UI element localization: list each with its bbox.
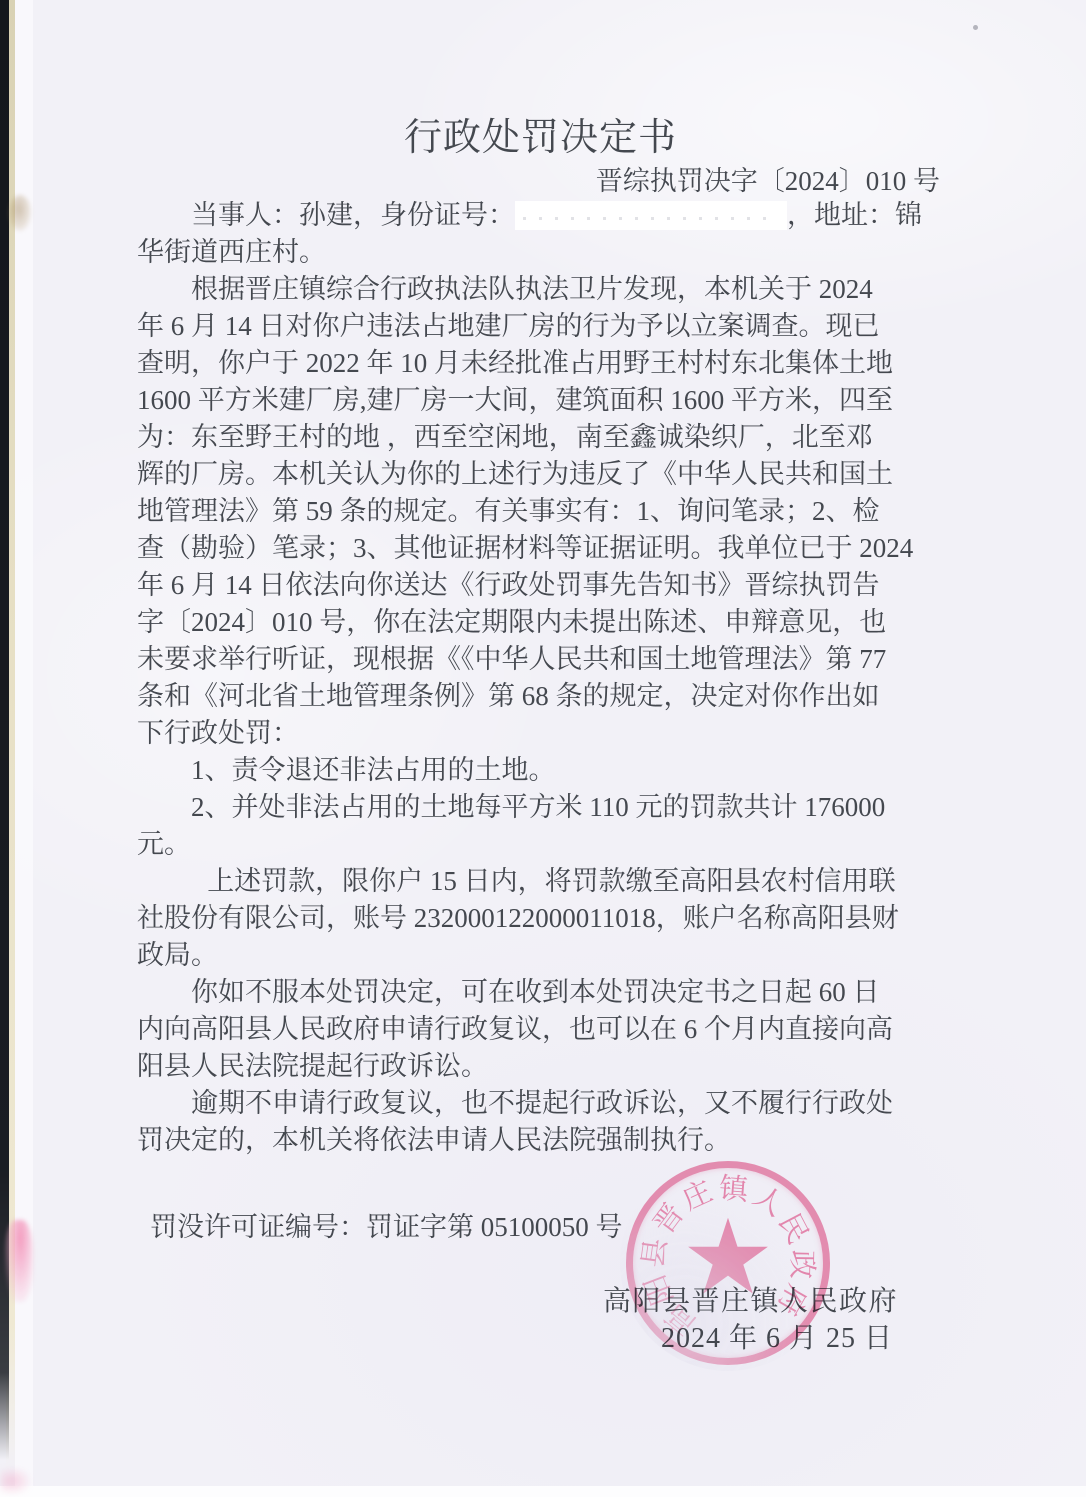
body-line: 为：东至野王村的地 ，西至空闲地，南至鑫诚染织厂，北至邓 [137, 419, 967, 456]
document-number: 晋综执罚决字〔2024〕010 号 [596, 159, 940, 198]
body-line: 年 6 月 14 日依法向你送达《行政处罚事先告知书》晋综执罚告 [137, 567, 967, 604]
body-line: 地管理法》第 59 条的规定。有关事实有：1、询问笔录；2、检 [137, 493, 967, 530]
body-line: 华街道西庄村。 [137, 234, 967, 271]
pink-smudge-lower [0, 1468, 30, 1494]
scan-bottom-strip [0, 1486, 1086, 1497]
body-line: 根据晋庄镇综合行政执法队执法卫片发现，本机关于 2024 [137, 271, 967, 308]
body-line: 下行政处罚： [137, 715, 967, 752]
body-line: 条和《河北省土地管理条例》第 68 条的规定，决定对你作出如 [137, 678, 967, 715]
seal-fade-overlay [620, 1155, 836, 1371]
body-line: 未要求举行听证，现根据《《中华人民共和国土地管理法》第 77 [137, 641, 967, 678]
party-line-suffix: ，地址：锦 [787, 200, 922, 230]
body-line: 你如不服本处罚决定，可在收到本处罚决定书之日起 60 日 [137, 974, 967, 1011]
body-line: 逾期不申请行政复议，也不提起行政诉讼，又不履行行政处 [137, 1085, 967, 1122]
body-line: 1600 平方米建厂房,建厂房一大间，建筑面积 1600 平方米，四至 [137, 382, 967, 419]
body-line: 阳县人民法院提起行政诉讼。 [137, 1048, 967, 1085]
body-line: 罚决定的，本机关将依法申请人民法院强制执行。 [137, 1122, 967, 1159]
body-line: 内向高阳县人民政府申请行政复议，也可以在 6 个月内直接向高 [137, 1011, 967, 1048]
body-line: 上述罚款，限你户 15 日内，将罚款缴至高阳县农村信用联 [137, 863, 967, 900]
party-line: 当事人：孙建，身份证号：，地址：锦 [137, 197, 967, 234]
body-line: 元。 [137, 826, 967, 863]
id-number-redaction [515, 201, 787, 230]
body-line: 年 6 月 14 日对你户违法占地建厂房的行为予以立案调查。现已 [137, 308, 967, 345]
penalty-license-number-line: 罚没许可证编号：罚证字第 05100050 号 [150, 1205, 623, 1244]
official-seal: 高阳县晋庄镇人民政府 ★ [626, 1161, 830, 1365]
pink-smudge-upper [5, 1220, 33, 1302]
dust-speck [973, 25, 978, 30]
body-line: 1、责令退还非法占用的土地。 [137, 752, 967, 789]
party-line-prefix: 当事人：孙建，身份证号： [191, 200, 515, 230]
document-body: 当事人：孙建，身份证号：，地址：锦 华街道西庄村。根据晋庄镇综合行政执法队执法卫… [137, 197, 967, 1159]
body-line: 查明，你户于 2022 年 10 月未经批准占用野王村村东北集体土地 [137, 345, 967, 382]
body-line: 社股份有限公司，账号 232000122000011018，账户名称高阳县财 [137, 900, 967, 937]
body-line: 2、并处非法占用的土地每平方米 110 元的罚款共计 176000 [137, 789, 967, 826]
body-line: 辉的厂房。本机关认为你的上述行为违反了《中华人民共和国土 [137, 456, 967, 493]
body-line: 查（勘验）笔录；3、其他证据材料等证据证明。我单位已于 2024 [137, 530, 967, 567]
scanned-document-page: 行政处罚决定书 晋综执罚决字〔2024〕010 号 当事人：孙建，身份证号：，地… [0, 0, 1086, 1497]
brown-smudge [9, 195, 31, 231]
document-title: 行政处罚决定书 [404, 106, 677, 161]
body-line: 字〔2024〕010 号，你在法定期限内未提出陈述、申辩意见，也 [137, 604, 967, 641]
body-line: 政局。 [137, 937, 967, 974]
